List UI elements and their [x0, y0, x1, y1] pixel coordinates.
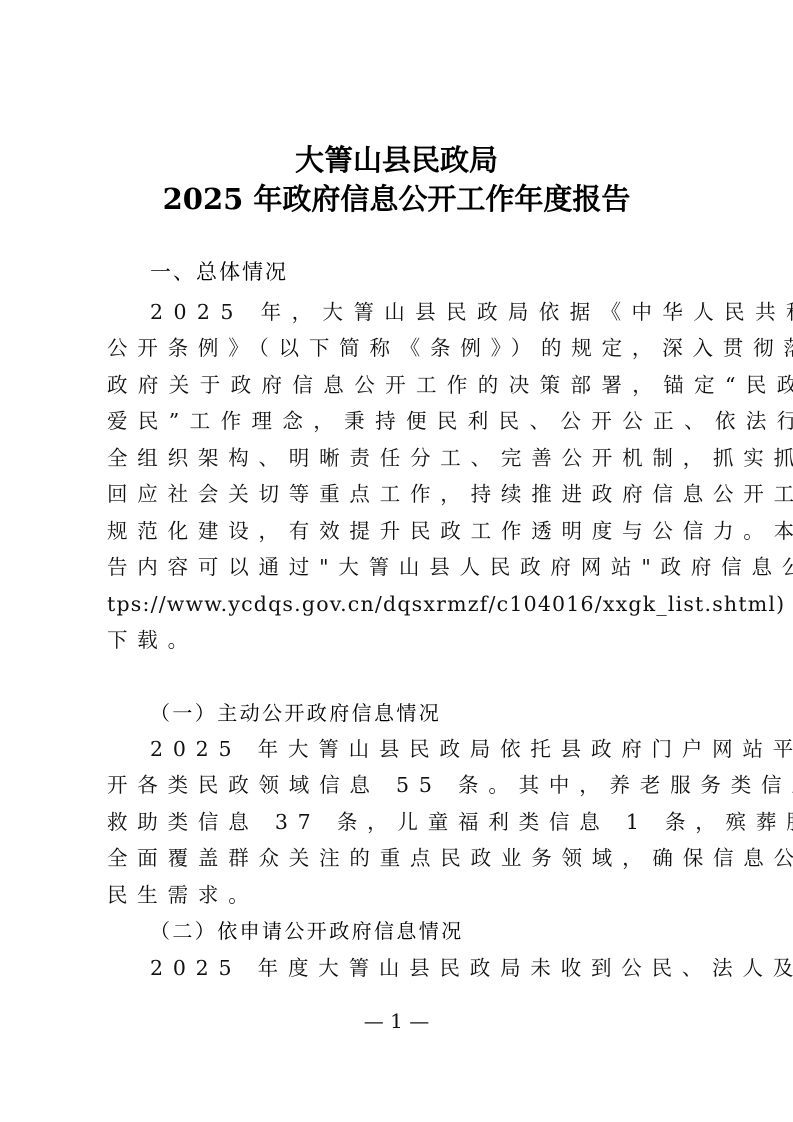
paragraph-line: 回应社会关切等重点工作，持续推进政府信息公开工作制度化、	[107, 476, 697, 512]
paragraph-line: 救助类信息 37 条，儿童福利类信息 1 条，殡葬服务类信息 1 条，	[107, 804, 697, 840]
document-title-line2: 2025 年政府信息公开工作年度报告	[0, 180, 793, 218]
subsection-heading-on-request: （二）依申请公开政府信息情况	[150, 913, 464, 949]
paragraph-line: 全组织架构、明晰责任分工、完善公开机制，抓实抓细主动公开、	[107, 440, 697, 476]
paragraph-line: 告内容可以通过"大箐山县人民政府网站"政府信息公开年报(ht	[107, 549, 697, 585]
document-page: 大箐山县民政局 2025 年政府信息公开工作年度报告 一、总体情况 2025 年…	[0, 0, 793, 1122]
paragraph-line: 公开条例》（以下简称《条例》）的规定，深入贯彻落实县委、县	[107, 330, 697, 366]
paragraph-line: 政府关于政府信息公开工作的决策部署，锚定“民政为民、民政	[107, 367, 697, 403]
paragraph-line: 2025 年度大箐山县民政局未收到公民、法人及其他组织提	[150, 950, 740, 986]
paragraph-line: 全面覆盖群众关注的重点民政业务领域，确保信息公开精准对接	[107, 840, 697, 876]
paragraph-line: 爱民”工作理念，秉持便民利民、公开公正、依法行政原则，健	[107, 403, 697, 439]
paragraph-line: 2025 年，大箐山县民政局依据《中华人民共和国政府信息	[150, 294, 740, 330]
paragraph-line: 下载。	[107, 622, 697, 658]
report-url-line[interactable]: tps://www.ycdqs.gov.cn/dqsxrmzf/c104016/…	[107, 586, 697, 622]
section-heading-overview: 一、总体情况	[150, 254, 288, 290]
paragraph-line: 民生需求。	[107, 877, 697, 913]
paragraph-line: 2025 年大箐山县民政局依托县政府门户网站平台，主动公	[150, 731, 740, 767]
page-number: — 1 —	[0, 1006, 793, 1036]
paragraph-line: 规范化建设，有效提升民政工作透明度与公信力。本年度公开报	[107, 513, 697, 549]
subsection-heading-proactive: （一）主动公开政府信息情况	[150, 695, 441, 731]
document-title-line1: 大箐山县民政局	[0, 141, 793, 179]
paragraph-line: 开各类民政领域信息 55 条。其中，养老服务类信息 16 条，社会	[107, 767, 697, 803]
